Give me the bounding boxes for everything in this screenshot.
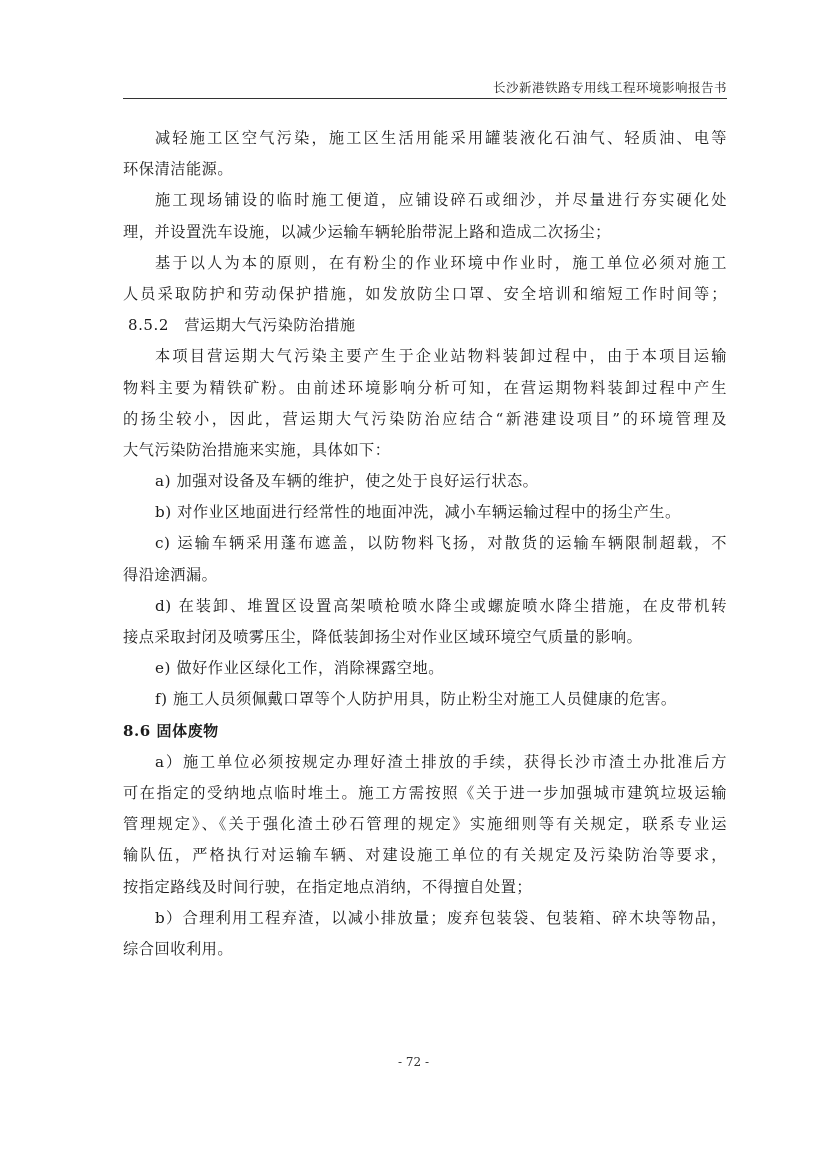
document-title: 长沙新港铁路专用线工程环境影响报告书: [493, 78, 727, 96]
paragraph-line: a) 加强对设备及车辆的维护，使之处于良好运行状态。: [123, 469, 727, 500]
paragraph-line: 减轻施工区空气污染，施工区生活用能采用罐装液化石油气、轻质油、电等: [123, 126, 727, 157]
paragraph-line: 综合回收利用。: [123, 937, 727, 968]
paragraph-line: 环保清洁能源。: [123, 157, 727, 188]
paragraph-line: b）合理利用工程弃渣，以减小排放量；废弃包装袋、包装箱、碎木块等物品，: [123, 906, 727, 937]
paragraph-line: 管理规定》、《关于强化渣土砂石管理的规定》实施细则等有关规定，联系专业运: [123, 812, 727, 843]
paragraph-line: 可在指定的受纳地点临时堆土。施工方需按照《关于进一步加强城市建筑垃圾运输: [123, 781, 727, 812]
paragraph-line: f) 施工人员须佩戴口罩等个人防护用具，防止粉尘对施工人员健康的危害。: [123, 687, 727, 718]
paragraph-line: 基于以人为本的原则，在有粉尘的作业环境中作业时，施工单位必须对施工: [123, 251, 727, 282]
paragraph-line: b) 对作业区地面进行经常性的地面冲洗，减小车辆运输过程中的扬尘产生。: [123, 500, 727, 531]
paragraph-line: d) 在装卸、堆置区设置高架喷枪喷水降尘或螺旋喷水降尘措施，在皮带机转: [123, 594, 727, 625]
paragraph-line: 的扬尘较小，因此，营运期大气污染防治应结合“新港建设项目”的环境管理及: [123, 407, 727, 438]
paragraph-line: c) 运输车辆采用蓬布遮盖，以防物料飞扬，对散货的运输车辆限制超载，不: [123, 531, 727, 562]
paragraph-line: 人员采取防护和劳动保护措施，如发放防尘口罩、安全培训和缩短工作时间等；: [123, 282, 727, 313]
paragraph-line: 理，并设置洗车设施，以减少运输车辆轮胎带泥上路和造成二次扬尘；: [123, 220, 727, 251]
paragraph-line: 本项目营运期大气污染主要产生于企业站物料装卸过程中，由于本项目运输: [123, 344, 727, 375]
paragraph-line: a）施工单位必须按规定办理好渣土排放的手续，获得长沙市渣土办批准后方: [123, 750, 727, 781]
paragraph-line: 得沿途洒漏。: [123, 563, 727, 594]
paragraph-line: 施工现场铺设的临时施工便道，应铺设碎石或细沙，并尽量进行夯实硬化处: [123, 188, 727, 219]
paragraph-line: 按指定路线及时间行驶，在指定地点消纳，不得擅自处置；: [123, 875, 727, 906]
page-number: - 72 -: [0, 1055, 827, 1069]
section-heading-8-5-2: 8.5.2 营运期大气污染防治措施: [123, 313, 727, 344]
paragraph-line: 接点采取封闭及喷雾压尘，降低装卸扬尘对作业区域环境空气质量的影响。: [123, 625, 727, 656]
paragraph-line: 物料主要为精铁矿粉。由前述环境影响分析可知，在营运期物料装卸过程中产生: [123, 376, 727, 407]
document-body: 减轻施工区空气污染，施工区生活用能采用罐装液化石油气、轻质油、电等环保清洁能源。…: [123, 126, 727, 968]
paragraph-line: 大气污染防治措施来实施，具体如下：: [123, 438, 727, 469]
paragraph-line: e) 做好作业区绿化工作，消除裸露空地。: [123, 656, 727, 687]
paragraph-line: 输队伍，严格执行对运输车辆、对建设施工单位的有关规定及污染防治等要求，: [123, 843, 727, 874]
page-header: 长沙新港铁路专用线工程环境影响报告书: [123, 72, 727, 99]
section-heading-8-6: 8.6 固体废物: [123, 719, 727, 750]
